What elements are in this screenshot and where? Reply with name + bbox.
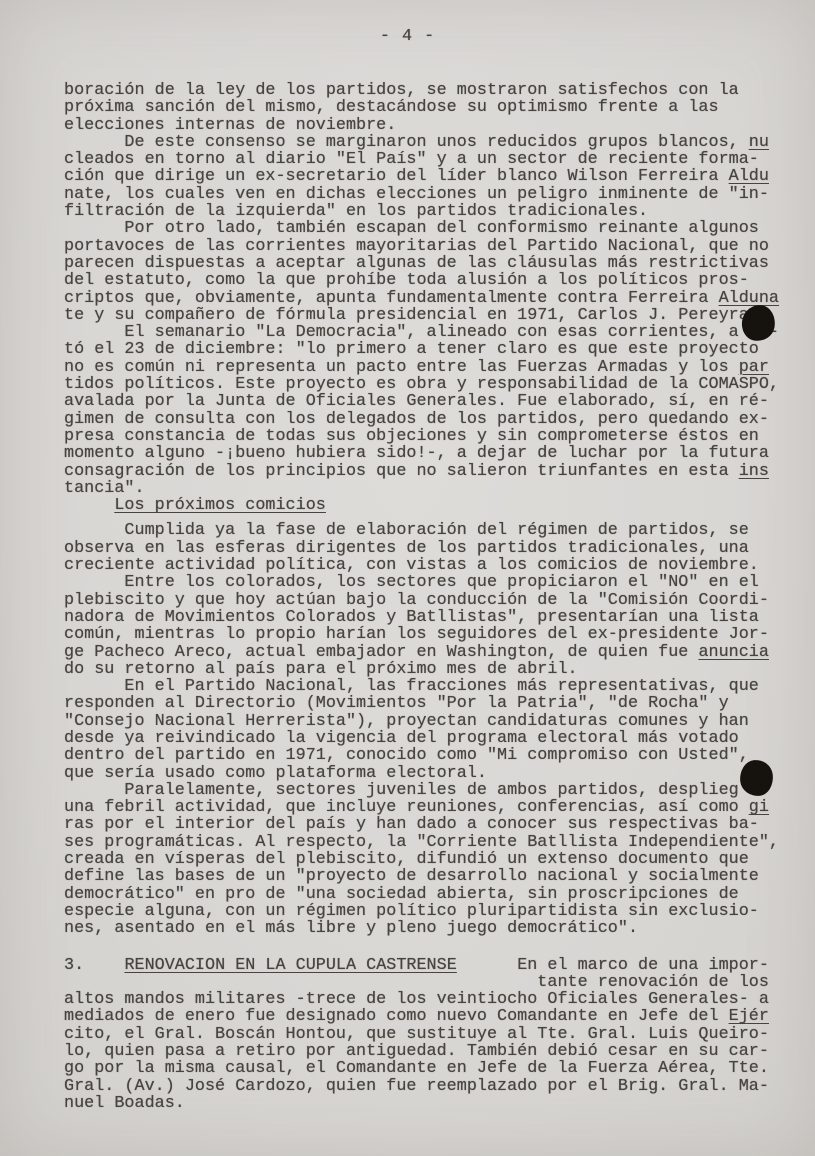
text-line: cito, el Gral. Boscán Hontou, que sustit…	[64, 1026, 779, 1043]
text-line: nuel Boadas.	[64, 1095, 779, 1112]
text-line: altos mandos militares -trece de los vei…	[64, 991, 779, 1008]
text-line: filtración de la izquierda" en los parti…	[64, 203, 779, 220]
text-line: que sería usado como plataforma electora…	[64, 765, 779, 782]
text-line: tante renovación de los	[64, 974, 779, 991]
text-line: responden al Directorio (Movimientos "Po…	[64, 695, 779, 712]
text-line: tancia".	[64, 480, 779, 497]
text-line: ses programáticas. Al respecto, la "Corr…	[64, 834, 779, 851]
text-line: define las bases de un "proyecto de desa…	[64, 868, 779, 885]
text-line: En el Partido Nacional, las fracciones m…	[64, 678, 779, 695]
text-line: común, mientras lo propio harían los seg…	[64, 626, 779, 643]
text-line: Cumplida ya la fase de elaboración del r…	[64, 522, 779, 539]
text-line: consagración de los principios que no sa…	[64, 463, 779, 480]
text-line: portavoces de las corrientes mayoritaria…	[64, 238, 779, 255]
text-line: parecen dispuestas a aceptar algunas de …	[64, 255, 779, 272]
text-line: plebiscito y que hoy actúan bajo la cond…	[64, 592, 779, 609]
text-line: Entre los colorados, los sectores que pr…	[64, 574, 779, 591]
text-line: próxima sanción del mismo, destacándose …	[64, 99, 779, 116]
text-line: nadora de Movimientos Colorados y Batlli…	[64, 609, 779, 626]
text-line: ge Pacheco Areco, actual embajador en Wa…	[64, 644, 779, 661]
text-line: nate, los cuales ven en dichas eleccione…	[64, 186, 779, 203]
text-line: tidos políticos. Este proyecto es obra y…	[64, 376, 779, 393]
text-line: tó el 23 de diciembre: "lo primero a ten…	[64, 341, 779, 358]
section-heading-comicios: Los próximos comicios	[64, 497, 779, 514]
text-line: Gral. (Av.) José Cardozo, quien fue reem…	[64, 1078, 779, 1095]
text-line: del estatuto, como la que prohíbe toda a…	[64, 272, 779, 289]
text-line: te y su compañero de fórmula presidencia…	[64, 307, 779, 324]
text-line: gimen de consulta con los delegados de l…	[64, 411, 779, 428]
text-line: democrático" en pro de "una sociedad abi…	[64, 886, 779, 903]
text-line: dentro del partido en 1971, conocido com…	[64, 747, 779, 764]
text-line: criptos que, obviamente, apunta fundamen…	[64, 290, 779, 307]
text-line: nes, asentado en el más libre y pleno ju…	[64, 920, 779, 937]
text-line: ción que dirige un ex-secretario del líd…	[64, 168, 779, 185]
document-body: boración de la ley de los partidos, se m…	[64, 82, 779, 1112]
page-number: - 4 -	[0, 27, 815, 46]
text-line: una febril actividad, que incluye reunio…	[64, 799, 779, 816]
text-line: avalada por la Junta de Oficiales Genera…	[64, 393, 779, 410]
section3-heading-line: 3. RENOVACION EN LA CUPULA CASTRENSE En …	[64, 957, 779, 974]
text-line: desde ya reivindicado la vigencia del pr…	[64, 730, 779, 747]
text-line: momento alguno -¡bueno hubiera sido!-, a…	[64, 445, 779, 462]
text-line: no es común ni representa un pacto entre…	[64, 359, 779, 376]
text-line: mediados de enero fue designado como nue…	[64, 1008, 779, 1025]
text-line: go por la misma causal, el Comandante en…	[64, 1060, 779, 1077]
text-line: creada en vísperas del plebiscito, difun…	[64, 851, 779, 868]
text-line: observa en las esferas dirigentes de los…	[64, 540, 779, 557]
text-line: cleados en torno al diario "El País" y a…	[64, 151, 779, 168]
text-line: De este consenso se marginaron unos redu…	[64, 134, 779, 151]
text-line: lo, quien pasa a retiro por antiguedad. …	[64, 1043, 779, 1060]
text-line: elecciones internas de noviembre.	[64, 117, 779, 134]
text-line: El semanario "La Democracia", alineado c…	[64, 324, 779, 341]
text-line: "Consejo Nacional Herrerista"), proyecta…	[64, 713, 779, 730]
text-line: Por otro lado, también escapan del confo…	[64, 220, 779, 237]
text-line: do su retorno al país para el próximo me…	[64, 661, 779, 678]
text-line: presa constancia de todas sus objeciones…	[64, 428, 779, 445]
text-line: especie alguna, con un régimen político …	[64, 903, 779, 920]
text-line: boración de la ley de los partidos, se m…	[64, 82, 779, 99]
text-line: creciente actividad política, con vistas…	[64, 557, 779, 574]
text-line: ras por el interior del país y han dado …	[64, 816, 779, 833]
text-line: Paralelamente, sectores juveniles de amb…	[64, 782, 779, 799]
